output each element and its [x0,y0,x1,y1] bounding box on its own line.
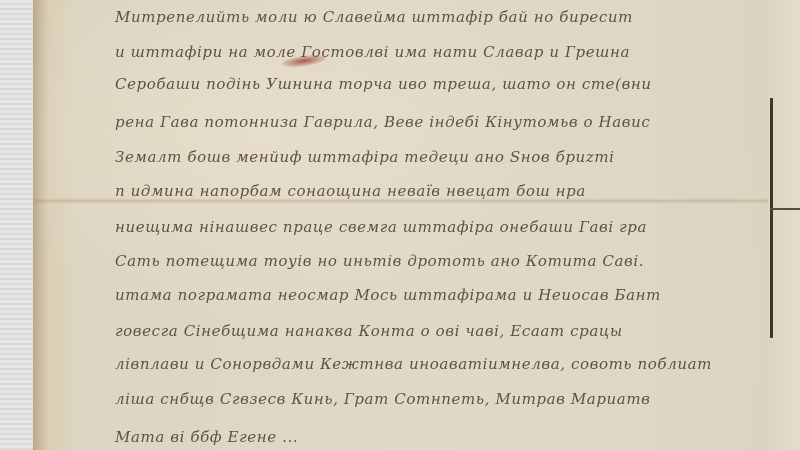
manuscript-line: и шттафіри на моле Гостовлві има нати Сл… [115,43,630,61]
manuscript-line: рена Гава потонниза Гаврила, Веве індебі… [115,113,650,131]
manuscript-line: п идмина напорбам сонаощина неваїв нвеца… [115,182,586,200]
manuscript-line: Серобаши подінь Ушнина торча иво треша, … [115,75,652,93]
manuscript-line: лівплави и Сонорвдами Кежтнва иноаватіим… [115,355,712,373]
manuscript-line: Мата ві ббф Егене ... [115,428,298,446]
manuscript-line: ліша снбщв Сгвзесв Кинь, Грат Сотнпеть, … [115,390,651,408]
manuscript-line: Земалт бошв менйиф шттафіра тедеци ано S… [115,148,615,166]
manuscript-line: Митрепелийть моли ю Славейма шттафір бай… [115,8,633,26]
manuscript-line: ниещима нінашвес праце свемга шттафіра о… [115,218,647,236]
manuscript-line: говесга Сінебщима нанаква Конта о ові ча… [115,322,623,340]
margin-bracket-tick [770,208,800,210]
manuscript-line: Сать потещима тоуів но иньтів дрототь ан… [115,252,644,270]
paper-left-edge-shadow [33,0,49,450]
margin-bracket [770,98,773,338]
manuscript-line: итама пограмата неосмар Мось шттафірама … [115,286,661,304]
